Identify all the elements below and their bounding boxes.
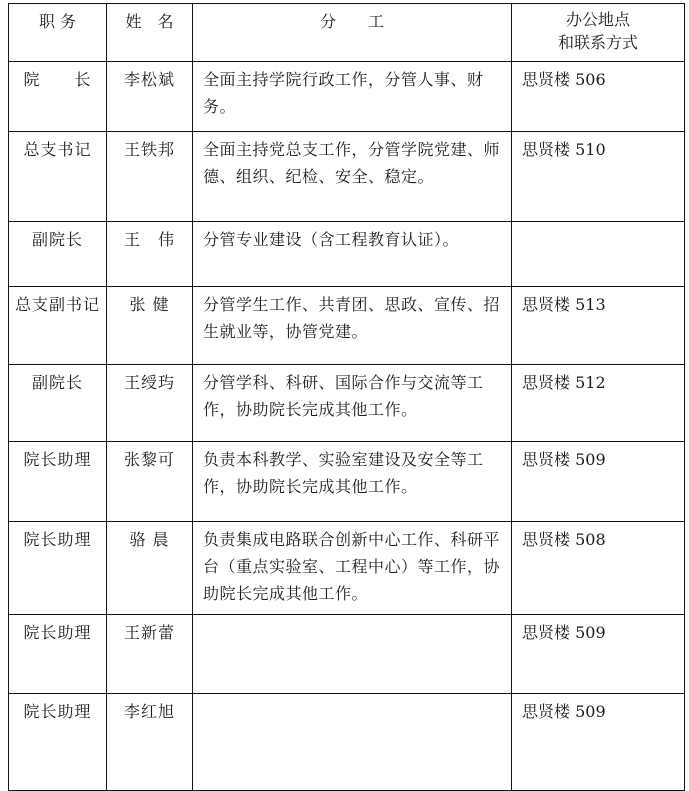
cell-duty: 负责本科教学、实验室建设及安全等工作，协助院长完成其他工作。 <box>193 442 512 522</box>
table-row: 副院长 王 伟 分管专业建设（含工程教育认证）。 <box>9 222 685 287</box>
table-row: 院 长 李松斌 全面主持学院行政工作，分管人事、财务。 思贤楼 506 <box>9 62 685 132</box>
cell-office: 思贤楼 513 <box>512 287 685 365</box>
table-row: 院长助理 王新蕾 思贤楼 509 <box>9 615 685 694</box>
cell-name: 王铁邦 <box>107 132 193 222</box>
cell-office: 思贤楼 510 <box>512 132 685 222</box>
cell-title: 副院长 <box>9 365 107 442</box>
cell-office: 思贤楼 508 <box>512 522 685 615</box>
cell-title: 院长助理 <box>9 615 107 694</box>
cell-office: 思贤楼 506 <box>512 62 685 132</box>
cell-title: 院长助理 <box>9 442 107 522</box>
header-title: 职 务 <box>9 4 107 62</box>
header-duty-label: 分 工 <box>193 4 511 35</box>
cell-office <box>512 222 685 287</box>
cell-title: 院长助理 <box>9 694 107 750</box>
cell-office: 思贤楼 509 <box>512 615 685 694</box>
header-name-label: 姓 名 <box>107 4 192 35</box>
header-name: 姓 名 <box>107 4 193 62</box>
cell-name: 王 伟 <box>107 222 193 287</box>
cell-duty <box>193 694 512 750</box>
cell-duty: 分管学生工作、共青团、思政、宣传、招生就业等，协管党建。 <box>193 287 512 365</box>
cell-name: 张 健 <box>107 287 193 365</box>
header-office-line1: 办公地点 <box>512 8 684 31</box>
cell-name: 王新蕾 <box>107 615 193 694</box>
cell-name: 张黎可 <box>107 442 193 522</box>
cell-duty: 全面主持学院行政工作，分管人事、财务。 <box>193 62 512 132</box>
table-row: 院长助理 骆 晨 负责集成电路联合创新中心工作、科研平台（重点实验室、工程中心）… <box>9 522 685 615</box>
cell-duty: 分管学科、科研、国际合作与交流等工作，协助院长完成其他工作。 <box>193 365 512 442</box>
cell-duty: 分管专业建设（含工程教育认证）。 <box>193 222 512 287</box>
table-header-row: 职 务 姓 名 分 工 办公地点 和联系方式 <box>9 4 685 62</box>
table-row: 院长助理 李红旭 思贤楼 509 <box>9 694 685 750</box>
cell-name: 李松斌 <box>107 62 193 132</box>
cell-name: 李红旭 <box>107 694 193 750</box>
header-title-label: 职 务 <box>9 4 106 35</box>
cell-office: 思贤楼 509 <box>512 442 685 522</box>
leadership-table: 职 务 姓 名 分 工 办公地点 和联系方式 院 长 李松斌 全面主持学院行政工… <box>8 3 685 749</box>
cell-title: 院长助理 <box>9 522 107 615</box>
cell-title: 总支书记 <box>9 132 107 222</box>
table-row: 院长助理 张黎可 负责本科教学、实验室建设及安全等工作，协助院长完成其他工作。 … <box>9 442 685 522</box>
cell-duty: 全面主持党总支工作，分管学院党建、师德、组织、纪检、安全、稳定。 <box>193 132 512 222</box>
cell-title: 副院长 <box>9 222 107 287</box>
cell-name: 骆 晨 <box>107 522 193 615</box>
table-row: 副院长 王绶玙 分管学科、科研、国际合作与交流等工作，协助院长完成其他工作。 思… <box>9 365 685 442</box>
header-office: 办公地点 和联系方式 <box>512 4 685 62</box>
cell-office: 思贤楼 509 <box>512 694 685 750</box>
cell-name: 王绶玙 <box>107 365 193 442</box>
cell-title: 院 长 <box>9 62 107 132</box>
header-office-line2: 和联系方式 <box>512 31 684 54</box>
cell-duty <box>193 615 512 694</box>
table-row: 总支书记 王铁邦 全面主持党总支工作，分管学院党建、师德、组织、纪检、安全、稳定… <box>9 132 685 222</box>
cell-office: 思贤楼 512 <box>512 365 685 442</box>
table-row: 总支副书记 张 健 分管学生工作、共青团、思政、宣传、招生就业等，协管党建。 思… <box>9 287 685 365</box>
cell-title: 总支副书记 <box>9 287 107 365</box>
header-duty: 分 工 <box>193 4 512 62</box>
cell-duty: 负责集成电路联合创新中心工作、科研平台（重点实验室、工程中心）等工作，协助院长完… <box>193 522 512 615</box>
